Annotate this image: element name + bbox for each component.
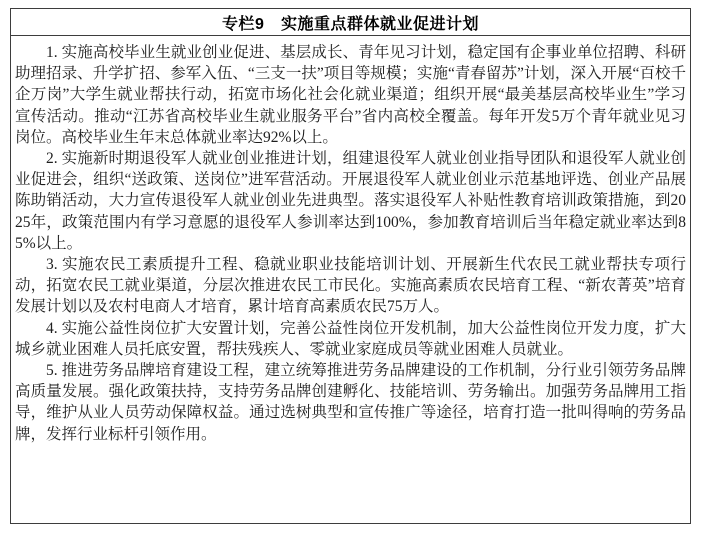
body-paragraph: 3. 实施农民工素质提升工程、稳就业职业技能培训计划、开展新生代农民工就业帮扶专… [15, 254, 686, 318]
column-title-bar: 专栏9 实施重点群体就业促进计划 [11, 9, 690, 36]
document-page: 专栏9 实施重点群体就业促进计划 1. 实施高校毕业生就业创业促进、基层成长、青… [0, 0, 704, 533]
body-paragraph: 1. 实施高校毕业生就业创业促进、基层成长、青年见习计划，稳定国有企事业单位招聘… [15, 42, 686, 148]
column-body: 1. 实施高校毕业生就业创业促进、基层成长、青年见习计划，稳定国有企事业单位招聘… [11, 36, 690, 445]
body-paragraph: 2. 实施新时期退役军人就业创业推进计划，组建退役军人就业创业指导团队和退役军人… [15, 148, 686, 254]
body-paragraph: 5. 推进劳务品牌培育建设工程，建立统筹推进劳务品牌建设的工作机制，分行业引领劳… [15, 360, 686, 445]
column-title: 专栏9 实施重点群体就业促进计划 [222, 11, 479, 34]
policy-column-box: 专栏9 实施重点群体就业促进计划 1. 实施高校毕业生就业创业促进、基层成长、青… [10, 8, 691, 524]
body-paragraph: 4. 实施公益性岗位扩大安置计划，完善公益性岗位开发机制，加大公益性岗位开发力度… [15, 318, 686, 360]
